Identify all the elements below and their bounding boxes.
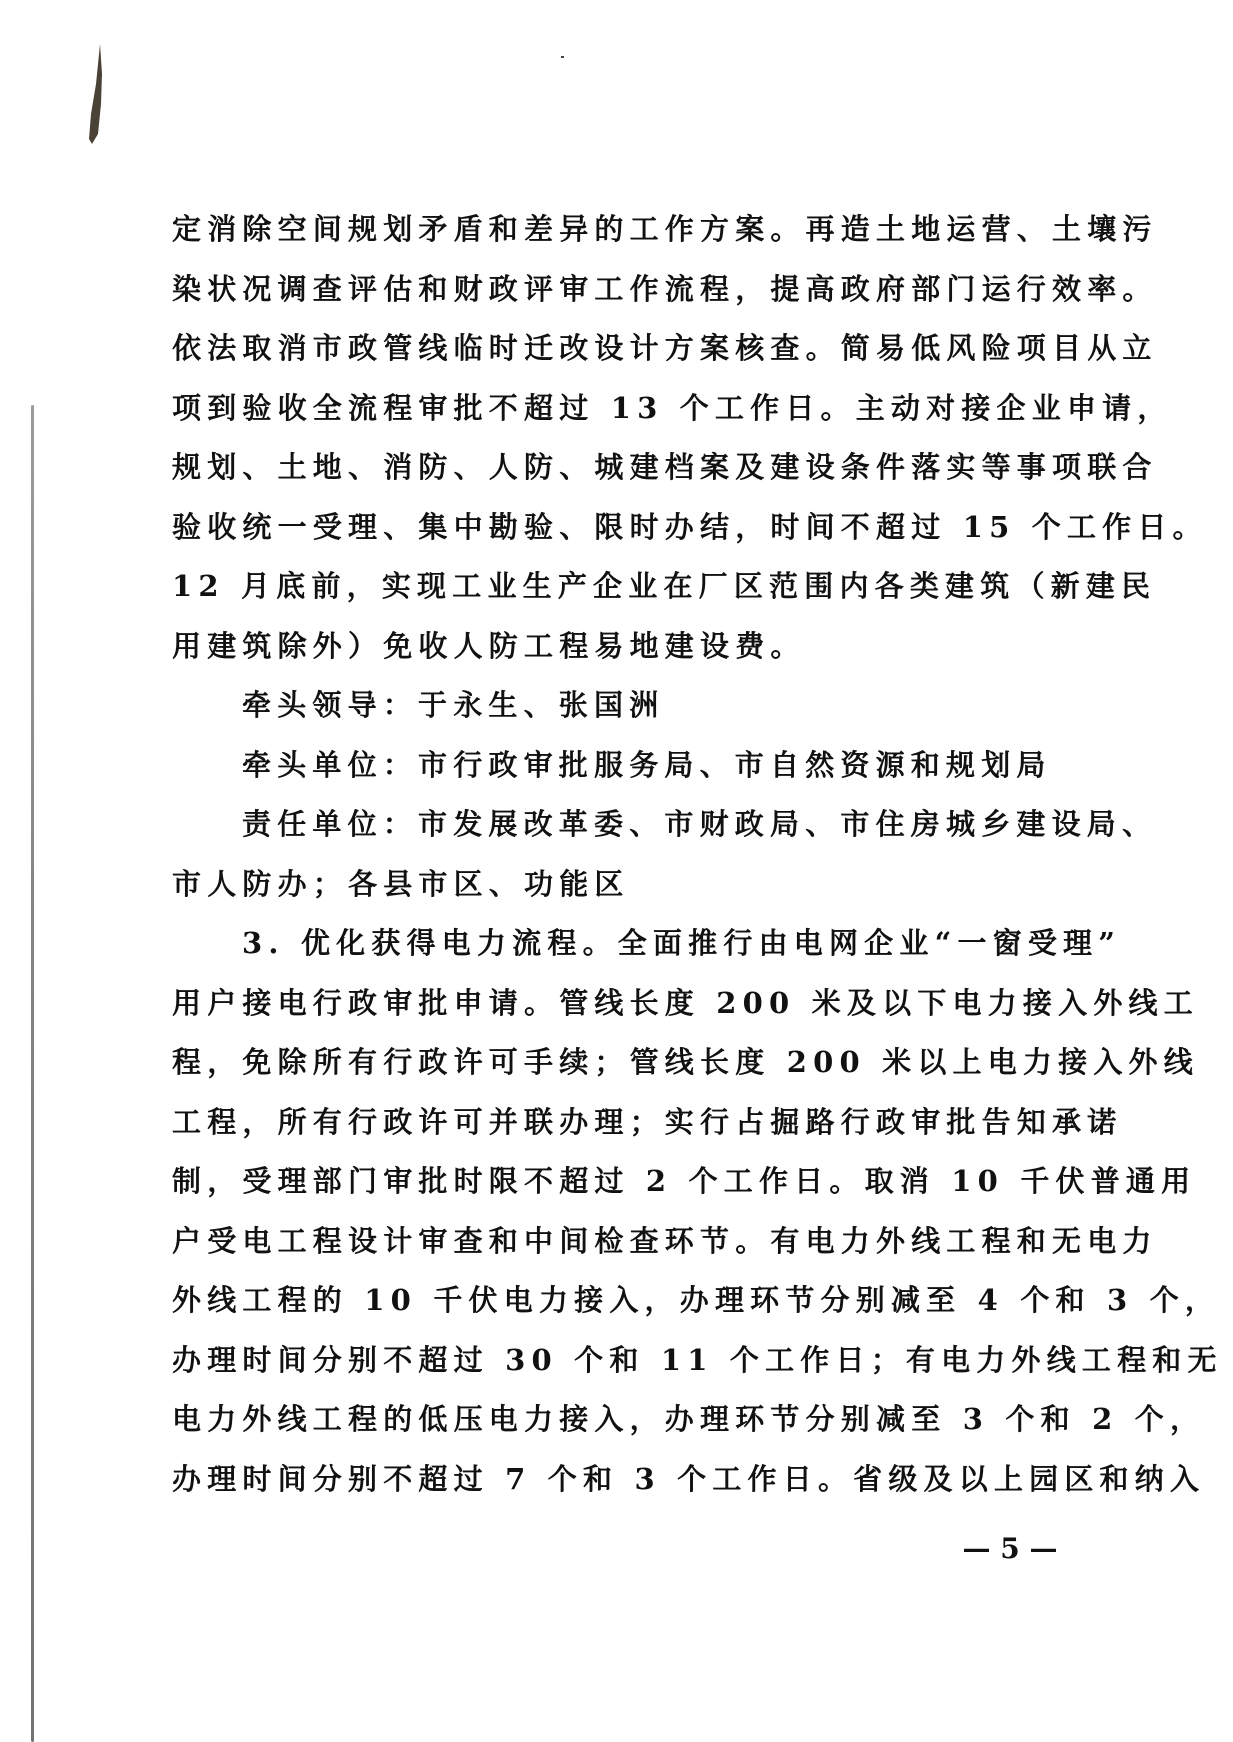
text-line: 用建筑除外）免收人防工程易地建设费。 [172, 617, 1072, 677]
lead-units: 牵头单位：市行政审批服务局、市自然资源和规划局 [172, 736, 1072, 796]
text-line: 规划、土地、消防、人防、城建档案及建设条件落实等事项联合 [172, 438, 1072, 498]
text-line: 户受电工程设计审查和中间检查环节。有电力外线工程和无电力 [172, 1212, 1072, 1272]
text-line: 程，免除所有行政许可手续；管线长度 200 米以上电力接入外线 [172, 1033, 1072, 1093]
document-body: 定消除空间规划矛盾和差异的工作方案。再造土地运营、土壤污 染状况调查评估和财政评… [172, 200, 1077, 1509]
text-line: 工程，所有行政许可并联办理；实行占掘路行政审批告知承诺 [172, 1093, 1072, 1153]
text-line: 办理时间分别不超过 30 个和 11 个工作日；有电力外线工程和无 [172, 1331, 1072, 1391]
scan-speck [561, 56, 564, 58]
text-line: 制，受理部门审批时限不超过 2 个工作日。取消 10 千伏普通用 [172, 1152, 1072, 1212]
responsible-units-cont: 市人防办；各县市区、功能区 [172, 855, 1072, 915]
text-line: 项到验收全流程审批不超过 13 个工作日。主动对接企业申请， [172, 379, 1072, 439]
binding-edge-line [31, 405, 34, 1742]
text-line: 验收统一受理、集中勘验、限时办结，时间不超过 15 个工作日。 [172, 498, 1072, 558]
text-line: 办理时间分别不超过 7 个和 3 个工作日。省级及以上园区和纳入 [172, 1450, 1072, 1510]
text-line: 定消除空间规划矛盾和差异的工作方案。再造土地运营、土壤污 [172, 200, 1072, 260]
lead-leaders: 牵头领导：于永生、张国洲 [172, 676, 1072, 736]
responsible-units: 责任单位：市发展改革委、市财政局、市住房城乡建设局、 [172, 795, 1072, 855]
text-line: 12 月底前，实现工业生产企业在厂区范围内各类建筑（新建民 [172, 557, 1072, 617]
text-line: 外线工程的 10 千伏电力接入，办理环节分别减至 4 个和 3 个， [172, 1271, 1072, 1331]
text-line: 电力外线工程的低压电力接入，办理环节分别减至 3 个和 2 个， [172, 1390, 1072, 1450]
text-line: 用户接电行政审批申请。管线长度 200 米及以下电力接入外线工 [172, 974, 1072, 1034]
text-line: 依法取消市政管线临时迁改设计方案核查。简易低风险项目从立 [172, 319, 1072, 379]
page-number: — 5 — [955, 1532, 1065, 1565]
section-heading-3: 3. 优化获得电力流程。全面推行由电网企业“一窗受理” [172, 914, 1072, 974]
text-line: 染状况调查评估和财政评审工作流程，提高政府部门运行效率。 [172, 260, 1072, 320]
scan-ink-mark [88, 44, 104, 149]
